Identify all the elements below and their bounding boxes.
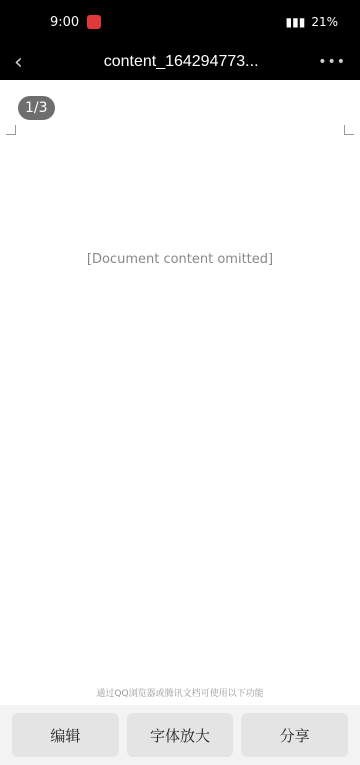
- back-icon[interactable]: ‹: [14, 50, 44, 75]
- edit-button[interactable]: 编辑: [12, 713, 119, 757]
- page-corner-mark: [6, 125, 16, 135]
- feature-hint: 通过QQ浏览器或腾讯文档可使用以下功能: [0, 686, 360, 699]
- document-title: content_164294773...: [44, 53, 318, 71]
- page-indicator: 1/3: [18, 96, 55, 120]
- clock: 9:00: [50, 15, 79, 30]
- document-body: [Document content omitted]: [16, 250, 344, 271]
- page-corner-mark: [344, 125, 354, 135]
- share-button[interactable]: 分享: [241, 713, 348, 757]
- app-notification-icon: [87, 15, 101, 29]
- title-bar: ‹ content_164294773... •••: [0, 44, 360, 80]
- signal-icon: ▮▮▮: [286, 15, 306, 29]
- battery-level: 21%: [311, 15, 338, 29]
- document-viewer[interactable]: 1/3 [Document content omitted]: [0, 80, 360, 705]
- more-options-icon[interactable]: •••: [318, 54, 346, 70]
- status-bar: 9:00 ▮▮▮ 21%: [0, 0, 360, 44]
- font-size-button[interactable]: 字体放大: [127, 713, 234, 757]
- bottom-toolbar: 编辑 字体放大 分享: [0, 705, 360, 765]
